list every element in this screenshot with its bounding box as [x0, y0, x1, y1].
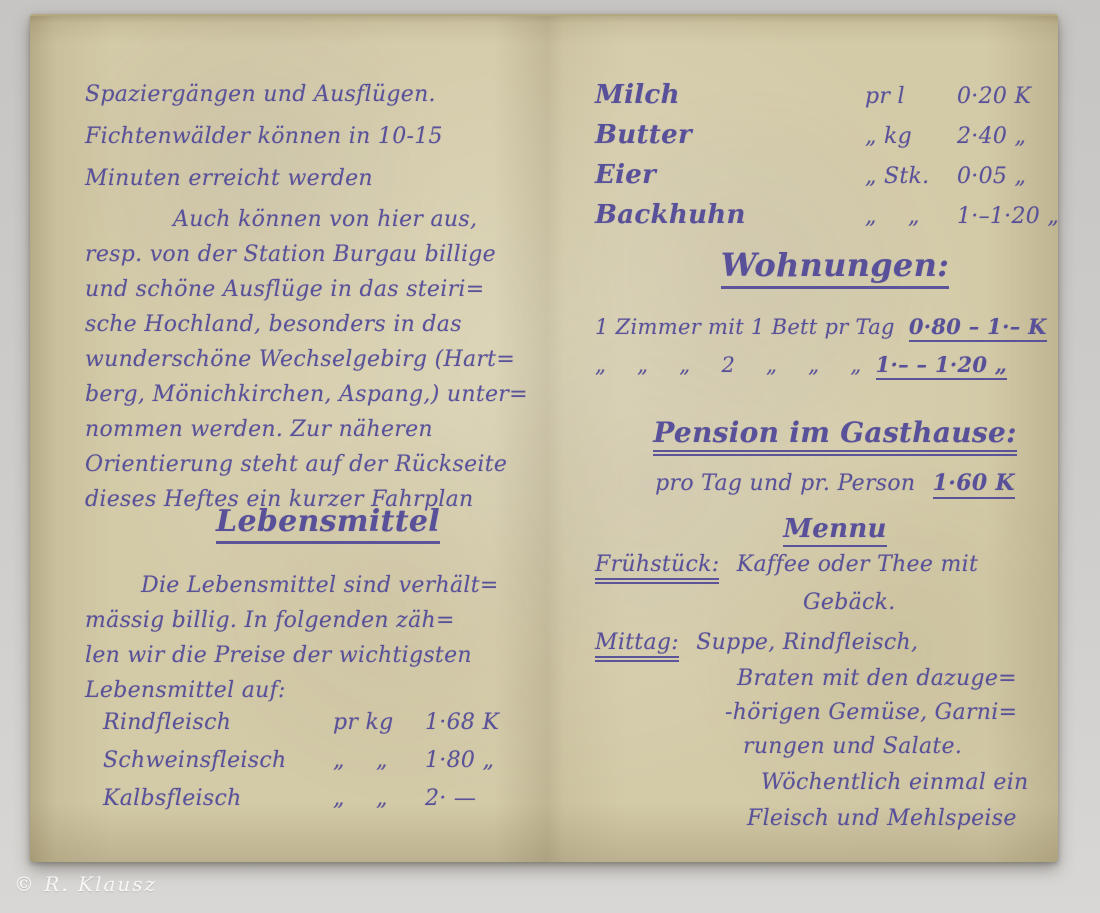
lodging-price: 0·80 – 1·– K: [909, 314, 1047, 342]
text-line: Orientierung steht auf der Rückseite: [85, 447, 571, 482]
lunch-continuation: rungen und Salate.: [595, 734, 1100, 759]
item-price: 1·–1·20 „: [957, 197, 1075, 236]
item-name: Milch: [595, 76, 865, 115]
text-line: berg, Mönichkirchen, Aspang,) unter=: [85, 377, 571, 412]
photographer-watermark: © R. Klausz: [14, 872, 157, 896]
price-row: Eier „ Stk. 0·05 „: [595, 156, 1075, 196]
item-unit: „ „: [865, 197, 957, 236]
breakfast-line: Frühstück: Kaffee oder Thee mit: [595, 552, 1075, 577]
item-unit: „ „: [333, 780, 425, 818]
price-list-meat: Rindfleisch pr kg 1·68 K Schweinsfleisch…: [85, 704, 543, 818]
text-line: Spaziergängen und Ausflügen.: [85, 74, 571, 116]
section-heading-wohnungen: Wohnungen:: [595, 246, 1075, 284]
item-name: Rindfleisch: [103, 704, 333, 742]
photo-background: Spaziergängen und Ausflügen. Fichtenwäld…: [0, 0, 1100, 913]
paragraph-excursions-2: Auch können von hier aus, resp. von der …: [85, 202, 571, 517]
item-unit: „ „: [333, 742, 425, 780]
rate-price: 1·60 K: [933, 470, 1015, 499]
text-line: und schöne Ausflüge in das steiri=: [85, 272, 571, 307]
lunch-continuation: Fleisch und Mehlspeise: [595, 806, 1100, 831]
breakfast-text: Kaffee oder Thee mit: [737, 552, 978, 577]
price-row: Butter „ kg 2·40 „: [595, 116, 1075, 156]
item-name: Eier: [595, 156, 865, 195]
menu-heading: Mennu: [595, 514, 1075, 544]
text-line: resp. von der Station Burgau billige: [85, 237, 571, 272]
text-line: wunderschöne Wechselgebirg (Hart=: [85, 342, 571, 377]
item-price: 1·68 K: [425, 704, 543, 742]
breakfast-label: Frühstück:: [595, 552, 719, 584]
breakfast-continuation: Gebäck.: [595, 590, 1100, 615]
text-line: nommen werden. Zur näheren: [85, 412, 571, 447]
item-unit: pr l: [865, 77, 957, 116]
price-row: Milch pr l 0·20 K: [595, 76, 1075, 116]
heading-text: Lebensmittel: [216, 504, 440, 544]
text-line: Die Lebensmittel sind verhält=: [85, 568, 571, 603]
lunch-continuation: Wöchentlich einmal ein: [595, 770, 1100, 795]
paragraph-lebensmittel-intro: Die Lebensmittel sind verhält= mässig bi…: [85, 568, 571, 708]
item-price: 2· —: [425, 780, 543, 818]
right-page: Milch pr l 0·20 K Butter „ kg 2·40 „ Eie…: [595, 60, 1075, 856]
item-name: Schweinsfleisch: [103, 742, 333, 780]
text-line: mässig billig. In folgenden zäh=: [85, 603, 571, 638]
lunch-line: Mittag: Suppe, Rindfleisch,: [595, 630, 1075, 655]
open-booklet: Spaziergängen und Ausflügen. Fichtenwäld…: [30, 14, 1058, 862]
price-row: Kalbsfleisch „ „ 2· —: [103, 780, 543, 818]
heading-text: Wohnungen:: [721, 246, 950, 289]
price-list-dairy: Milch pr l 0·20 K Butter „ kg 2·40 „ Eie…: [595, 76, 1075, 236]
lunch-continuation: -hörigen Gemüse, Garni=: [595, 700, 1100, 725]
lodging-text: 1 Zimmer mit 1 Bett pr Tag: [595, 315, 895, 339]
item-unit: „ Stk.: [865, 157, 957, 196]
lunch-label: Mittag:: [595, 630, 679, 662]
item-price: 0·05 „: [957, 157, 1075, 196]
item-unit: „ kg: [865, 117, 957, 156]
price-row: Schweinsfleisch „ „ 1·80 „: [103, 742, 543, 780]
lodging-text: „ „ „ 2 „ „ „: [595, 353, 862, 377]
section-heading-lebensmittel: Lebensmittel: [85, 504, 571, 539]
heading-text: Mennu: [783, 514, 887, 547]
lodging-row: „ „ „ 2 „ „ „ 1·– – 1·20 „: [595, 352, 1075, 380]
lunch-text: Suppe, Rindfleisch,: [696, 630, 918, 655]
paragraph-excursions-1: Spaziergängen und Ausflügen. Fichtenwäld…: [85, 74, 571, 200]
item-unit: pr kg: [333, 704, 425, 742]
text-line: sche Hochland, besonders in das: [85, 307, 571, 342]
lodging-row: 1 Zimmer mit 1 Bett pr Tag 0·80 – 1·– K: [595, 314, 1075, 342]
text-line: Auch können von hier aus,: [85, 202, 571, 237]
item-name: Backhuhn: [595, 196, 865, 235]
pension-rate: pro Tag und pr. Person 1·60 K: [595, 470, 1075, 496]
rate-text: pro Tag und pr. Person: [655, 471, 915, 496]
item-price: 2·40 „: [957, 117, 1075, 156]
text-line: len wir die Preise der wichtigsten: [85, 638, 571, 673]
price-row: Backhuhn „ „ 1·–1·20 „: [595, 196, 1075, 236]
item-name: Kalbsfleisch: [103, 780, 333, 818]
section-heading-pension: Pension im Gasthause:: [595, 416, 1075, 449]
text-line: Lebensmittel auf:: [85, 673, 571, 708]
price-row: Rindfleisch pr kg 1·68 K: [103, 704, 543, 742]
item-price: 0·20 K: [957, 77, 1075, 116]
item-price: 1·80 „: [425, 742, 543, 780]
text-line: Fichtenwälder können in 10-15: [85, 116, 571, 158]
text-line: Minuten erreicht werden: [85, 158, 571, 200]
left-page: Spaziergängen und Ausflügen. Fichtenwäld…: [85, 56, 571, 856]
lunch-continuation: Braten mit den dazuge=: [595, 666, 1100, 691]
item-name: Butter: [595, 116, 865, 155]
heading-text: Pension im Gasthause:: [653, 416, 1017, 456]
lodging-price: 1·– – 1·20 „: [876, 352, 1008, 380]
